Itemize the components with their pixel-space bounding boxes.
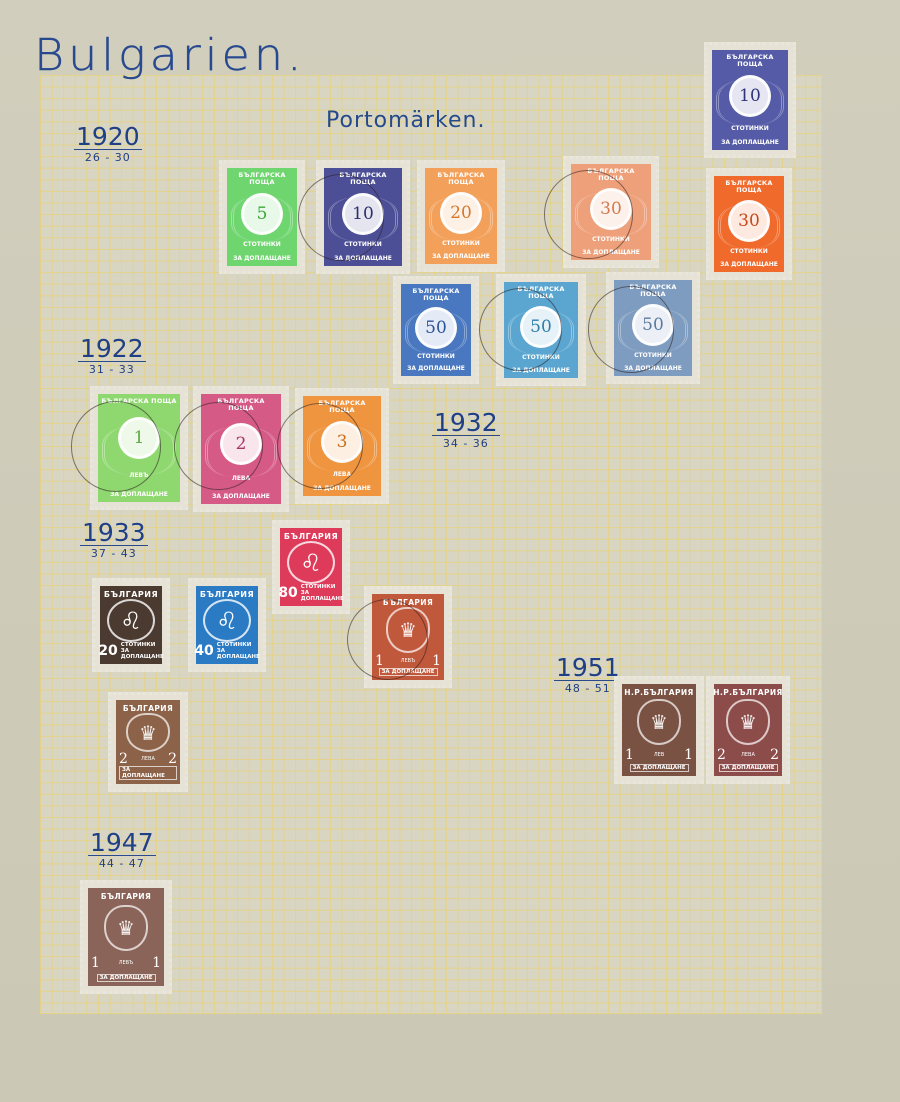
stamp-value: 1 bbox=[152, 956, 161, 970]
year: 1920 bbox=[74, 124, 142, 150]
stamp: БЪЛГАРИЯ ♌ 80 СТОТИНКИЗА ДОПЛАЩАНЕ bbox=[272, 520, 350, 614]
year: 1922 bbox=[78, 336, 146, 362]
stamp-face: БЪЛГАРИЯ ♌ 80 СТОТИНКИЗА ДОПЛАЩАНЕ bbox=[280, 528, 342, 606]
catalog-range: 44 - 47 bbox=[88, 857, 156, 871]
wreath-ornament bbox=[205, 427, 277, 477]
wreath-ornament bbox=[716, 80, 784, 125]
stamp-face: БЪЛГАРСКА ПОЩА 50 СТОТИНКИ ЗА ДОПЛАЩАНЕ bbox=[504, 282, 578, 378]
stamp-face: Н.Р.БЪЛГАРИЯ ♛ 2 ЛЕВА 2 ЗА ДОПЛАЩАНЕ bbox=[714, 684, 782, 776]
stamp: Н.Р.БЪЛГАРИЯ ♛ 2 ЛЕВА 2 ЗА ДОПЛАЩАНЕ bbox=[706, 676, 790, 784]
stamp-unit: СТОТИНКИ bbox=[522, 354, 560, 361]
stamp-country: БЪЛГАРИЯ bbox=[104, 590, 158, 599]
year-label-1922: 1922 31 - 33 bbox=[78, 336, 146, 377]
stamp-value: 1 bbox=[375, 654, 384, 668]
stamp-value: 1 bbox=[91, 956, 100, 970]
stamp: БЪЛГАРИЯ ♛ 2 ЛЕВА 2 ЗА ДОПЛАЩАНЕ bbox=[108, 692, 188, 792]
stamp-country: БЪЛГАРСКА ПОЩА bbox=[507, 286, 575, 300]
stamp-face: БЪЛГАРСКА ПОЩА 10 СТОТИНКИ ЗА ДОПЛАЩАНЕ bbox=[712, 50, 788, 150]
stamp-value: 1 bbox=[432, 654, 441, 668]
year: 1932 bbox=[432, 410, 500, 436]
stamp-face: БЪЛГАРСКА ПОЩА 50 СТОТИНКИ ЗА ДОПЛАЩАНЕ bbox=[401, 284, 471, 376]
stamp-caption: ЗА ДОПЛАЩАНЕ bbox=[119, 766, 177, 780]
stamp-face: БЪЛГАРСКА ПОЩА 2 ЛЕВА ЗА ДОПЛАЩАНЕ bbox=[201, 394, 281, 504]
wreath-ornament bbox=[429, 197, 493, 240]
stamp: БЪЛГАРСКА ПОЩА 3 ЛЕВА ЗА ДОПЛАЩАНЕ bbox=[295, 388, 389, 504]
wreath-ornament bbox=[618, 309, 688, 352]
lion-icon: ♌ bbox=[287, 541, 335, 584]
stamp-caption: ЗА ДОПЛАЩАНЕ bbox=[233, 255, 291, 262]
wreath-ornament bbox=[307, 426, 377, 471]
stamp-country: БЪЛГАРСКА ПОЩА bbox=[574, 168, 648, 182]
stamp: БЪЛГАРСКА ПОЩА 50 СТОТИНКИ ЗА ДОПЛАЩАНЕ bbox=[496, 274, 586, 386]
lion-icon: ♌ bbox=[107, 599, 155, 642]
stamp-caption: ЗА ДОПЛАЩАНЕ bbox=[512, 367, 570, 374]
wreath-ornament bbox=[508, 311, 574, 354]
stamp-unit: СТОТИНКИ bbox=[417, 353, 455, 360]
stamp-face: БЪЛГАРСКА ПОЩА 30 СТОТИНКИ ЗА ДОПЛАЩАНЕ bbox=[714, 176, 784, 272]
catalog-range: 31 - 33 bbox=[78, 363, 146, 377]
stamp-country: БЪЛГАРИЯ bbox=[284, 532, 338, 541]
year-label-1947: 1947 44 - 47 bbox=[88, 830, 156, 871]
stamp-unit: ЛЕВА bbox=[141, 752, 155, 766]
stamp-caption: ЗА ДОПЛАЩАНЕ bbox=[582, 249, 640, 256]
stamp-value: 2 bbox=[119, 752, 128, 766]
stamp-unit: СТОТИНКИ bbox=[634, 352, 672, 359]
page-subtitle: Portomärken. bbox=[326, 108, 485, 133]
stamp: БЪЛГАРСКА ПОЩА 20 СТОТИНКИ ЗА ДОПЛАЩАНЕ bbox=[417, 160, 505, 272]
stamp: БЪЛГАРСКА ПОЩА 30 СТОТИНКИ ЗА ДОПЛАЩАНЕ bbox=[563, 156, 659, 268]
coat-of-arms-icon: ♛ bbox=[386, 607, 430, 653]
stamp-value: 1 bbox=[625, 748, 634, 762]
stamp-caption: СТОТИНКИЗА ДОПЛАЩАНЕ bbox=[217, 642, 260, 660]
stamp-country: БЪЛГАРСКА ПОЩА bbox=[404, 288, 468, 302]
stamp: БЪЛГАРСКА ПОЩА 50 СТОТИНКИ ЗА ДОПЛАЩАНЕ bbox=[393, 276, 479, 384]
stamp-country: БЪЛГАРСКА ПОЩА bbox=[617, 284, 689, 298]
wreath-ornament bbox=[405, 312, 467, 353]
coat-of-arms-icon: ♛ bbox=[104, 905, 148, 951]
stamp-value: 2 bbox=[168, 752, 177, 766]
stamp-country: БЪЛГАРСКА ПОЩА bbox=[327, 172, 399, 186]
stamp-caption: ЗА ДОПЛАЩАНЕ bbox=[379, 668, 438, 676]
year: 1947 bbox=[88, 830, 156, 856]
stamp-value: 2 bbox=[717, 748, 726, 762]
stamp-face: БЪЛГАРСКА ПОЩА 5 СТОТИНКИ ЗА ДОПЛАЩАНЕ bbox=[227, 168, 297, 266]
coat-of-arms-icon: ♛ bbox=[126, 713, 170, 752]
stamp-unit: СТОТИНКИ bbox=[243, 241, 281, 248]
page-title: Bulgarien. bbox=[34, 29, 306, 80]
stamp-unit: СТОТИНКИ bbox=[731, 125, 769, 132]
catalog-range: 48 - 51 bbox=[554, 682, 622, 696]
stamp-country: БЪЛГАРИЯ bbox=[383, 598, 433, 607]
stamp-country: Н.Р.БЪЛГАРИЯ bbox=[624, 688, 693, 697]
stamp-country: БЪЛГАРСКА ПОЩА bbox=[101, 398, 176, 405]
stamp-country: БЪЛГАРСКА ПОЩА bbox=[428, 172, 494, 186]
stamp-face: БЪЛГАРСКА ПОЩА 3 ЛЕВА ЗА ДОПЛАЩАНЕ bbox=[303, 396, 381, 496]
wreath-ornament bbox=[102, 426, 176, 475]
year-label-1951: 1951 48 - 51 bbox=[554, 655, 622, 696]
stamp-caption: ЗА ДОПЛАЩАНЕ bbox=[97, 974, 156, 982]
stamp-face: БЪЛГАРСКА ПОЩА 30 СТОТИНКИ ЗА ДОПЛАЩАНЕ bbox=[571, 164, 651, 260]
stamp-country: БЪЛГАРИЯ bbox=[200, 590, 254, 599]
stamp-caption: ЗА ДОПЛАЩАНЕ bbox=[212, 493, 270, 500]
stamp-caption: ЗА ДОПЛАЩАНЕ bbox=[334, 255, 392, 262]
stamp-unit: ЛЕВ bbox=[654, 748, 664, 762]
stamp-value: 1 bbox=[684, 748, 693, 762]
stamp-face: БЪЛГАРИЯ ♛ 2 ЛЕВА 2 ЗА ДОПЛАЩАНЕ bbox=[116, 700, 180, 784]
year: 1933 bbox=[80, 520, 148, 546]
stamp-country: БЪЛГАРИЯ bbox=[101, 892, 151, 901]
stamp-face: БЪЛГАРСКА ПОЩА 50 СТОТИНКИ ЗА ДОПЛАЩАНЕ bbox=[614, 280, 692, 376]
album-page: Bulgarien. Portomärken. 1920 26 - 30 192… bbox=[0, 0, 900, 1102]
wreath-ornament bbox=[328, 197, 398, 241]
stamp-value: 20 bbox=[98, 643, 117, 659]
stamp: БЪЛГАРИЯ ♛ 1 ЛЕВЪ 1 ЗА ДОПЛАЩАНЕ bbox=[80, 880, 172, 994]
stamp: БЪЛГАРСКА ПОЩА 5 СТОТИНКИ ЗА ДОПЛАЩАНЕ bbox=[219, 160, 305, 274]
catalog-range: 37 - 43 bbox=[80, 547, 148, 561]
stamp-caption: СТОТИНКИЗА ДОПЛАЩАНЕ bbox=[121, 642, 164, 660]
stamp-face: БЪЛГАРИЯ ♛ 1 ЛЕВЪ 1 ЗА ДОПЛАЩАНЕ bbox=[88, 888, 164, 986]
year: 1951 bbox=[554, 655, 622, 681]
stamp: БЪЛГАРИЯ ♌ 40 СТОТИНКИЗА ДОПЛАЩАНЕ bbox=[188, 578, 266, 672]
stamp-value: 80 bbox=[278, 585, 297, 601]
stamp: БЪЛГАРСКА ПОЩА 10 СТОТИНКИ ЗА ДОПЛАЩАНЕ bbox=[704, 42, 796, 158]
stamp-face: БЪЛГАРИЯ ♌ 40 СТОТИНКИЗА ДОПЛАЩАНЕ bbox=[196, 586, 258, 664]
stamp-unit: ЛЕВЪ bbox=[119, 956, 134, 970]
coat-of-arms-icon: ♛ bbox=[637, 699, 681, 745]
stamp-unit: ЛЕВА bbox=[741, 748, 755, 762]
stamp: Н.Р.БЪЛГАРИЯ ♛ 1 ЛЕВ 1 ЗА ДОПЛАЩАНЕ bbox=[614, 676, 704, 784]
stamp-country: БЪЛГАРИЯ bbox=[123, 704, 173, 713]
wreath-ornament bbox=[575, 193, 647, 236]
coat-of-arms-icon: ♛ bbox=[726, 699, 770, 745]
catalog-range: 34 - 36 bbox=[432, 437, 500, 451]
stamp-caption: ЗА ДОПЛАЩАНЕ bbox=[720, 261, 778, 268]
stamp-caption: ЗА ДОПЛАЩАНЕ bbox=[630, 764, 689, 772]
stamp: БЪЛГАРСКА ПОЩА 2 ЛЕВА ЗА ДОПЛАЩАНЕ bbox=[193, 386, 289, 512]
stamp-caption: ЗА ДОПЛАЩАНЕ bbox=[721, 139, 779, 146]
year-label-1932: 1932 34 - 36 bbox=[432, 410, 500, 451]
stamp-unit: ЛЕВЪ bbox=[401, 654, 416, 668]
stamp-face: БЪЛГАРСКА ПОЩА 1 ЛЕВЪ ЗА ДОПЛАЩАНЕ bbox=[98, 394, 180, 502]
stamp-unit: СТОТИНКИ bbox=[344, 241, 382, 248]
stamp-unit: СТОТИНКИ bbox=[730, 248, 768, 255]
stamp-face: БЪЛГАРСКА ПОЩА 20 СТОТИНКИ ЗА ДОПЛАЩАНЕ bbox=[425, 168, 497, 264]
year-label-1920: 1920 26 - 30 bbox=[74, 124, 142, 165]
stamp-country: БЪЛГАРСКА ПОЩА bbox=[204, 398, 278, 412]
stamp-caption: ЗА ДОПЛАЩАНЕ bbox=[624, 365, 682, 372]
lion-icon: ♌ bbox=[203, 599, 251, 642]
stamp-caption: ЗА ДОПЛАЩАНЕ bbox=[407, 365, 465, 372]
catalog-range: 26 - 30 bbox=[74, 151, 142, 165]
stamp-country: Н.Р.БЪЛГАРИЯ bbox=[713, 688, 782, 697]
wreath-ornament bbox=[231, 197, 293, 241]
stamp: БЪЛГАРСКА ПОЩА 1 ЛЕВЪ ЗА ДОПЛАЩАНЕ bbox=[90, 386, 188, 510]
stamp-unit: СТОТИНКИ bbox=[592, 236, 630, 243]
stamp: БЪЛГАРИЯ ♛ 1 ЛЕВЪ 1 ЗА ДОПЛАЩАНЕ bbox=[364, 586, 452, 688]
wreath-ornament bbox=[718, 205, 780, 248]
stamp-face: БЪЛГАРИЯ ♌ 20 СТОТИНКИЗА ДОПЛАЩАНЕ bbox=[100, 586, 162, 664]
stamp-caption: ЗА ДОПЛАЩАНЕ bbox=[432, 253, 490, 260]
year-label-1933: 1933 37 - 43 bbox=[80, 520, 148, 561]
stamp: БЪЛГАРСКА ПОЩА 30 СТОТИНКИ ЗА ДОПЛАЩАНЕ bbox=[706, 168, 792, 280]
stamp-face: БЪЛГАРСКА ПОЩА 10 СТОТИНКИ ЗА ДОПЛАЩАНЕ bbox=[324, 168, 402, 266]
stamp-value: 40 bbox=[194, 643, 213, 659]
stamp-face: БЪЛГАРИЯ ♛ 1 ЛЕВЪ 1 ЗА ДОПЛАЩАНЕ bbox=[372, 594, 444, 680]
stamp-country: БЪЛГАРСКА ПОЩА bbox=[306, 400, 378, 414]
stamp-unit: СТОТИНКИ bbox=[442, 240, 480, 247]
stamp-country: БЪЛГАРСКА ПОЩА bbox=[717, 180, 781, 194]
stamp-country: БЪЛГАРСКА ПОЩА bbox=[715, 54, 785, 68]
stamp-caption: ЗА ДОПЛАЩАНЕ bbox=[719, 764, 778, 772]
stamp-unit: ЛЕВА bbox=[333, 471, 351, 478]
stamp: БЪЛГАРИЯ ♌ 20 СТОТИНКИЗА ДОПЛАЩАНЕ bbox=[92, 578, 170, 672]
stamp: БЪЛГАРСКА ПОЩА 50 СТОТИНКИ ЗА ДОПЛАЩАНЕ bbox=[606, 272, 700, 384]
stamp-face: Н.Р.БЪЛГАРИЯ ♛ 1 ЛЕВ 1 ЗА ДОПЛАЩАНЕ bbox=[622, 684, 696, 776]
stamp-country: БЪЛГАРСКА ПОЩА bbox=[230, 172, 294, 186]
stamp-caption: ЗА ДОПЛАЩАНЕ bbox=[313, 485, 371, 492]
stamp-caption: ЗА ДОПЛАЩАНЕ bbox=[110, 491, 168, 498]
stamp: БЪЛГАРСКА ПОЩА 10 СТОТИНКИ ЗА ДОПЛАЩАНЕ bbox=[316, 160, 410, 274]
stamp-value: 2 bbox=[770, 748, 779, 762]
stamp-caption: СТОТИНКИЗА ДОПЛАЩАНЕ bbox=[301, 584, 344, 602]
